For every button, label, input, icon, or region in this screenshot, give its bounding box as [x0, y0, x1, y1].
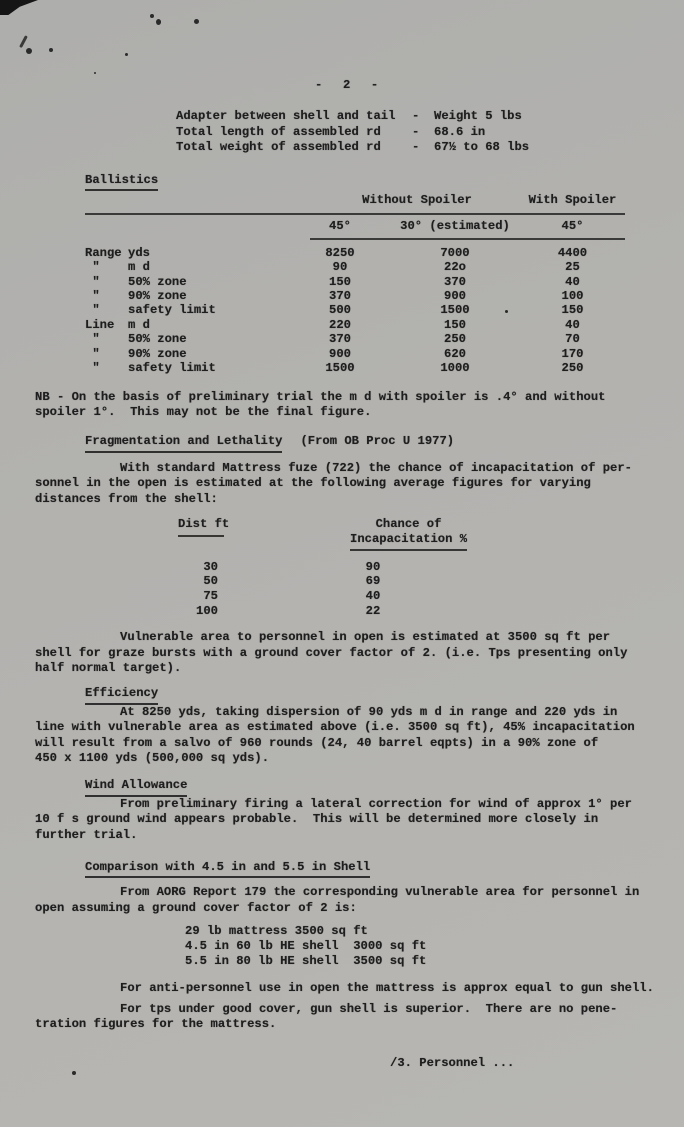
ballistics-row: " 90% zone 370 900 100 [85, 289, 625, 303]
incapacitation-row: 50 69 [178, 574, 684, 589]
comparison-list: 29 lb mattress 3500 sq ft 4.5 in 60 lb H… [185, 924, 684, 969]
efficiency-paragraph: At 8250 yds, taking dispersion of 90 yds… [35, 705, 684, 767]
incapacitation-row: 30 90 [178, 560, 684, 575]
chance-value: 90 [343, 560, 403, 575]
row-measure-label: m d [128, 260, 290, 274]
value-without-30: 1000 [390, 361, 520, 375]
chance-value: 69 [343, 574, 403, 589]
chance-header-line2: Incapacitation % [350, 532, 467, 550]
spec-dash: - [412, 109, 434, 124]
ballistics-row: Line m d 220 150 40 [85, 318, 625, 332]
vulnerable-area-paragraph: Vulnerable area to personnel in open is … [35, 630, 684, 676]
table-rule-columns [310, 238, 625, 240]
without-spoiler-header: Without Spoiler [302, 193, 532, 208]
value-with-45: 25 [520, 260, 625, 274]
chance-value: 40 [343, 589, 403, 604]
wind-allowance-section: Wind Allowance From preliminary firing a… [35, 778, 684, 843]
fragmentation-intro: With standard Mattress fuze (722) the ch… [35, 461, 684, 507]
value-without-45: 500 [290, 303, 390, 317]
value-without-30: 370 [390, 275, 520, 289]
value-with-45: 170 [520, 347, 625, 361]
row-group-label: " [85, 332, 128, 346]
row-measure-label: yds [128, 246, 290, 260]
row-group-label: " [85, 289, 128, 303]
fragmentation-source: (From OB Proc U 1977) [300, 434, 454, 449]
spec-name: Total length of assembled rd [176, 125, 412, 140]
row-measure-label: safety limit [128, 361, 290, 375]
incapacitation-row: 100 22 [178, 604, 684, 619]
ballistics-row: Range yds 8250 7000 4400 [85, 246, 625, 260]
chance-header-line1: Chance of [350, 517, 467, 532]
value-without-45: 220 [290, 318, 390, 332]
value-without-30: 250 [390, 332, 520, 346]
row-group-label: " [85, 260, 128, 274]
value-without-30: 900 [390, 289, 520, 303]
value-without-30: 620 [390, 347, 520, 361]
row-group-label: Line [85, 318, 128, 332]
document-page: - 2 - Adapter between shell and tail - W… [0, 0, 684, 1127]
spec-name: Adapter between shell and tail [176, 109, 412, 124]
ballistics-heading: Ballistics [85, 173, 158, 191]
wind-allowance-heading: Wind Allowance [85, 778, 187, 796]
row-group-label: " [85, 303, 128, 317]
row-measure-label: safety limit [128, 303, 290, 317]
comparison-item: 29 lb mattress 3500 sq ft [185, 924, 684, 939]
efficiency-section: Efficiency At 8250 yds, taking dispersio… [35, 686, 684, 766]
ballistics-row: " 90% zone 900 620 170 [85, 347, 625, 361]
with-spoiler-header: With Spoiler [520, 193, 625, 208]
fragmentation-heading: Fragmentation and Lethality [85, 434, 282, 452]
ballistics-table: Range yds 8250 7000 4400 " m d 90 22o 25… [35, 246, 684, 376]
value-without-30: 1500 [390, 303, 520, 317]
value-without-45: 150 [290, 275, 390, 289]
incapacitation-rows: 30 90 50 69 75 40 100 2 [178, 560, 684, 618]
distance-value: 30 [178, 560, 218, 575]
value-with-45: 40 [520, 275, 625, 289]
value-without-45: 370 [290, 332, 390, 346]
value-without-45: 1500 [290, 361, 390, 375]
spec-row: Total length of assembled rd - 68.6 in [176, 125, 684, 140]
row-group-label: " [85, 275, 128, 289]
col-header-45-with: 45° [520, 219, 625, 234]
ballistics-row: " m d 90 22o 25 [85, 260, 625, 274]
comparison-section: Comparison with 4.5 in and 5.5 in Shell … [35, 860, 684, 1032]
value-without-45: 370 [290, 289, 390, 303]
comparison-heading: Comparison with 4.5 in and 5.5 in Shell [85, 860, 370, 878]
efficiency-heading: Efficiency [85, 686, 158, 704]
distance-value: 50 [178, 574, 218, 589]
fragmentation-section: Fragmentation and Lethality (From OB Pro… [35, 434, 684, 676]
page-number: - 2 - [315, 78, 684, 93]
spec-row: Total weight of assembled rd - 67½ to 68… [176, 140, 684, 155]
spec-name: Total weight of assembled rd [176, 140, 412, 155]
row-measure-label: m d [128, 318, 290, 332]
value-without-30: 150 [390, 318, 520, 332]
comparison-item: 4.5 in 60 lb HE shell 3000 sq ft [185, 939, 684, 954]
spec-dash: - [412, 140, 434, 155]
value-with-45: 100 [520, 289, 625, 303]
ballistics-column-headers: 45° 30° (estimated) 45° [85, 219, 625, 234]
value-with-45: 4400 [520, 246, 625, 260]
spec-list: Adapter between shell and tail - Weight … [176, 109, 684, 155]
anti-personnel-note: For anti-personnel use in open the mattr… [35, 981, 684, 996]
value-without-30: 7000 [390, 246, 520, 260]
value-without-45: 90 [290, 260, 390, 274]
incapacitation-table: Dist ft Chance of Incapacitation % 30 90 [178, 517, 684, 618]
ballistics-row: " 50% zone 150 370 40 [85, 275, 625, 289]
spec-row: Adapter between shell and tail - Weight … [176, 109, 684, 124]
value-with-45: 70 [520, 332, 625, 346]
comparison-item: 5.5 in 80 lb HE shell 3500 sq ft [185, 954, 684, 969]
value-with-45: 40 [520, 318, 625, 332]
dist-column-header: Dist ft [178, 517, 229, 531]
ballistics-section: Ballistics Without Spoiler With Spoiler … [35, 173, 684, 421]
row-measure-label: 90% zone [128, 289, 290, 303]
nb-note: NB - On the basis of preliminary trial t… [35, 390, 684, 421]
cover-note: For tps under good cover, gun shell is s… [35, 1002, 684, 1033]
row-measure-label: 50% zone [128, 275, 290, 289]
incapacitation-row: 75 40 [178, 589, 684, 604]
row-measure-label: 50% zone [128, 332, 290, 346]
ballistics-row: " safety limit 1500 1000 250 [85, 361, 625, 375]
table-rule-top [85, 213, 625, 215]
col-header-30-estimated: 30° (estimated) [390, 219, 520, 234]
spec-value: Weight 5 lbs [434, 109, 684, 124]
dist-header-underline [178, 535, 224, 537]
spec-dash: - [412, 125, 434, 140]
continuation-line: /3. Personnel ... [390, 1056, 684, 1071]
ballistics-group-headers: Without Spoiler With Spoiler [85, 193, 625, 208]
value-with-45: 250 [520, 361, 625, 375]
value-without-45: 900 [290, 347, 390, 361]
value-without-30: 22o [390, 260, 520, 274]
row-measure-label: 90% zone [128, 347, 290, 361]
row-group-label: " [85, 347, 128, 361]
spec-value: 67½ to 68 lbs [434, 140, 684, 155]
value-without-45: 8250 [290, 246, 390, 260]
distance-value: 75 [178, 589, 218, 604]
ballistics-row: " safety limit 500 1500 150 [85, 303, 625, 317]
ballistics-row: " 50% zone 370 250 70 [85, 332, 625, 346]
chance-value: 22 [343, 604, 403, 619]
row-group-label: Range [85, 246, 128, 260]
row-group-label: " [85, 361, 128, 375]
wind-allowance-paragraph: From preliminary firing a lateral correc… [35, 797, 684, 843]
value-with-45: 150 [520, 303, 625, 317]
comparison-intro: From AORG Report 179 the corresponding v… [35, 885, 684, 916]
col-header-45-without: 45° [290, 219, 390, 234]
spec-value: 68.6 in [434, 125, 684, 140]
distance-value: 100 [178, 604, 218, 619]
